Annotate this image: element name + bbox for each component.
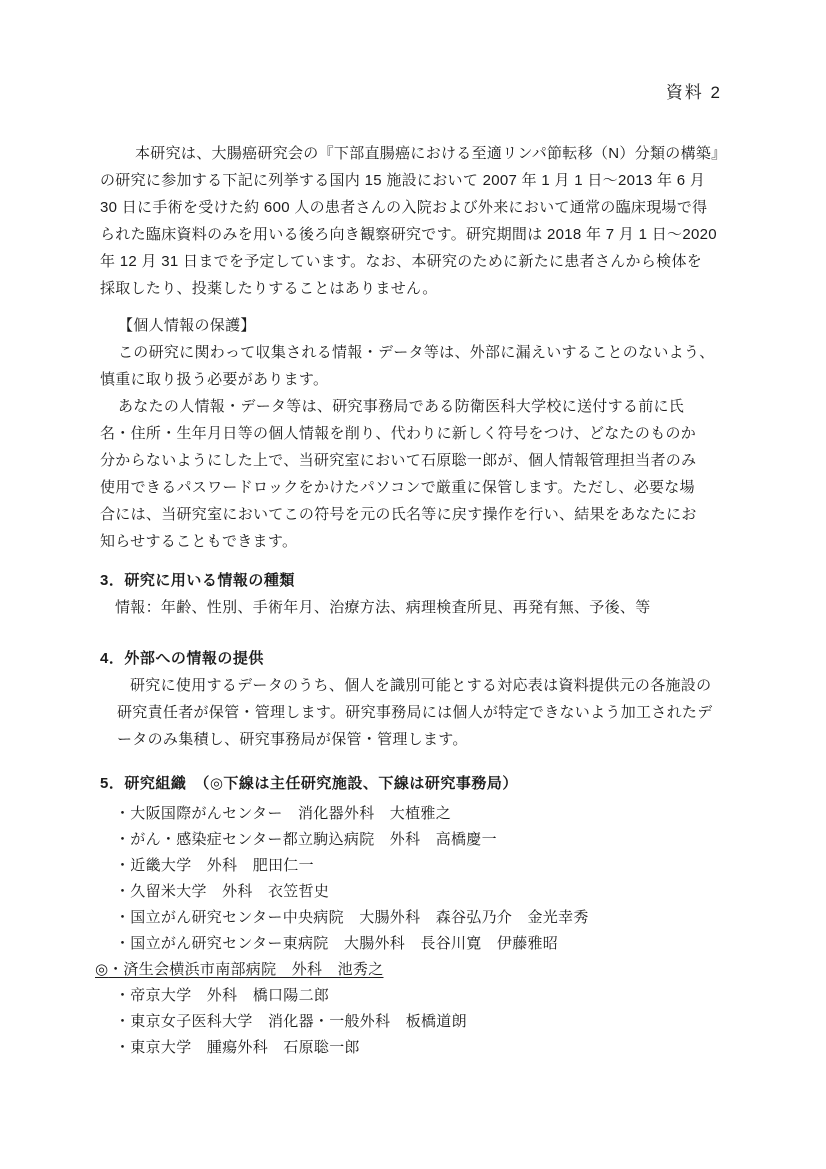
text-line: あなたの人情報・データ等は、研究事務局である防衛医科大学校に送付する前に氏 xyxy=(100,393,726,420)
text-line: 採取したり、投薬したりすることはありません。 xyxy=(100,275,726,302)
member-text: ・大阪国際がんセンター 消化器外科 大植雅之 xyxy=(115,805,451,822)
text-line: 本研究は、大腸癌研究会の『下部直腸癌における至適リンパ節転移（N）分類の構築』 xyxy=(100,140,726,167)
member-row: ・がん・感染症センター都立駒込病院 外科 高橋慶一 xyxy=(100,827,726,853)
member-row: ・国立がん研究センター東病院 大腸外科 長谷川寛 伊藤雅昭 xyxy=(100,931,726,957)
member-row-lead-facility: ◎・済生会横浜市南部病院 外科 池秀之 xyxy=(95,957,726,983)
section-external-provision: 4．外部への情報の提供 研究に使用するデータのうち、個人を識別可能とする対応表は… xyxy=(100,645,726,753)
member-row: ・国立がん研究センター中央病院 大腸外科 森谷弘乃介 金光幸秀 xyxy=(100,905,726,931)
member-row: ・大阪国際がんセンター 消化器外科 大植雅之 xyxy=(100,801,726,827)
section3-body: 情報：年齢、性別、手術年月、治療方法、病理検査所見、再発有無、予後、等 xyxy=(100,594,726,621)
text-line: ータのみ集積し、研究事務局が保管・管理します。 xyxy=(100,726,726,753)
document-page: 資料 2 本研究は、大腸癌研究会の『下部直腸癌における至適リンパ節転移（N）分類… xyxy=(0,0,826,1169)
text-line: 研究に使用するデータのうち、個人を識別可能とする対応表は資料提供元の各施設の xyxy=(100,672,726,699)
section5-title: 5．研究組織 （◎下線は主任研究施設、下線は研究事務局） xyxy=(100,770,726,797)
text-line: 名・住所・生年月日等の個人情報を削り、代わりに新しく符号をつけ、どなたのものか xyxy=(100,420,726,447)
section-information-types: 3．研究に用いる情報の種類 情報：年齢、性別、手術年月、治療方法、病理検査所見、… xyxy=(100,567,726,621)
text-line: 年 12 月 31 日までを予定しています。なお、本研究のために新たに患者さんか… xyxy=(100,248,726,275)
text-line: 知らせすることもできます。 xyxy=(100,528,726,555)
text-line: られた臨床資料のみを用いる後ろ向き観察研究です。研究期間は 2018 年 7 月… xyxy=(100,221,726,248)
member-row: ・東京女子医科大学 消化器・一般外科 板橋道朗 xyxy=(100,1009,726,1035)
member-text: ・東京大学 腫瘍外科 石原聡一郎 xyxy=(115,1039,360,1056)
member-text: ・済生会横浜市南部病院 外科 池秀之 xyxy=(108,961,383,978)
text-line: 慎重に取り扱う必要があります。 xyxy=(100,366,726,393)
text-line: 研究責任者が保管・管理します。研究事務局には個人が特定できないよう加工されたデ xyxy=(100,699,726,726)
member-text: ・国立がん研究センター東病院 大腸外科 長谷川寛 伊藤雅昭 xyxy=(115,935,558,952)
text-line: の研究に参加する下記に列挙する国内 15 施設において 2007 年 1 月 1… xyxy=(100,167,726,194)
member-text: ・近畿大学 外科 肥田仁一 xyxy=(115,857,314,874)
member-text: ・帝京大学 外科 橋口陽二郎 xyxy=(115,987,329,1004)
text-line: 30 日に手術を受けた約 600 人の患者さんの入院および外来において通常の臨床… xyxy=(100,194,726,221)
lead-facility-mark: ◎ xyxy=(95,961,108,978)
member-row: ・東京大学 腫瘍外科 石原聡一郎 xyxy=(100,1035,726,1061)
privacy-heading: 【個人情報の保護】 xyxy=(100,312,726,339)
member-row: ・近畿大学 外科 肥田仁一 xyxy=(100,853,726,879)
text-line: 分からないようにした上で、当研究室において石原聡一郎が、個人情報管理担当者のみ xyxy=(100,447,726,474)
section4-title: 4．外部への情報の提供 xyxy=(100,645,726,672)
doc-label: 資料 2 xyxy=(100,82,726,104)
privacy-section: 【個人情報の保護】 この研究に関わって収集される情報・データ等は、外部に漏えいす… xyxy=(100,312,726,555)
research-organization-list: ・大阪国際がんセンター 消化器外科 大植雅之 ・がん・感染症センター都立駒込病院… xyxy=(100,801,726,1061)
member-row: ・帝京大学 外科 橋口陽二郎 xyxy=(100,983,726,1009)
text-line: 使用できるパスワードロックをかけたパソコンで厳重に保管します。ただし、必要な場 xyxy=(100,474,726,501)
member-text: ・国立がん研究センター中央病院 大腸外科 森谷弘乃介 金光幸秀 xyxy=(115,909,589,926)
member-text: ・がん・感染症センター都立駒込病院 外科 高橋慶一 xyxy=(115,831,497,848)
member-text: ・東京女子医科大学 消化器・一般外科 板橋道朗 xyxy=(115,1013,467,1030)
text-line: この研究に関わって収集される情報・データ等は、外部に漏えいすることのないよう、 xyxy=(100,339,726,366)
section-research-organization: 5．研究組織 （◎下線は主任研究施設、下線は研究事務局） ・大阪国際がんセンター… xyxy=(100,770,726,1061)
member-row: ・久留米大学 外科 衣笠哲史 xyxy=(100,879,726,905)
member-text: ・久留米大学 外科 衣笠哲史 xyxy=(115,883,329,900)
section3-title: 3．研究に用いる情報の種類 xyxy=(100,567,726,594)
text-line: 合には、当研究室においてこの符号を元の氏名等に戻す操作を行い、結果をあなたにお xyxy=(100,501,726,528)
intro-paragraph: 本研究は、大腸癌研究会の『下部直腸癌における至適リンパ節転移（N）分類の構築』 … xyxy=(100,140,726,302)
